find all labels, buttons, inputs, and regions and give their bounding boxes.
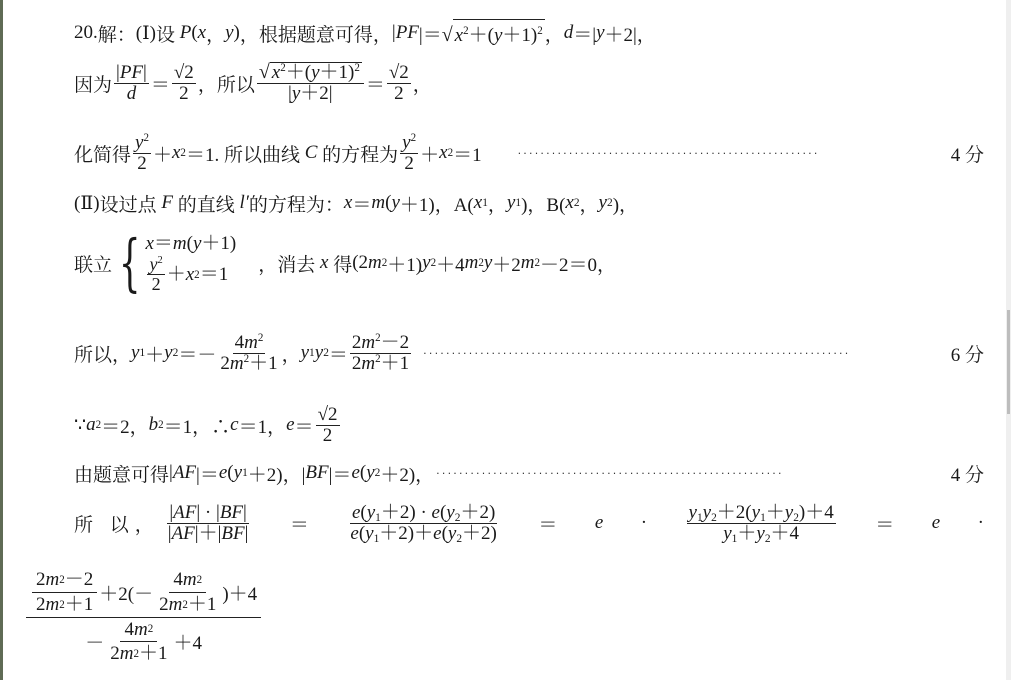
fraction-sqrt2-over-2: √22 bbox=[387, 63, 411, 104]
system-eq2: y22＋x2＝1 bbox=[145, 255, 236, 294]
point-f: F bbox=[161, 192, 173, 214]
solution-document: 20. 解： (Ⅰ) 设 P(x，y)，根据题意可得，|PF|＝√x2＋(y＋1… bbox=[0, 0, 1000, 680]
text-quxian: . 所以曲线 bbox=[214, 140, 300, 167]
score-4-points: 4 分 bbox=[951, 140, 984, 167]
vertical-scrollbar-thumb[interactable] bbox=[1007, 310, 1010, 414]
text-yinwei: 因为 bbox=[74, 70, 112, 97]
system-eq1: x＝m(y＋1) bbox=[145, 232, 236, 256]
fraction-sqrt2-over-2: √22 bbox=[172, 63, 196, 104]
part2-line1: (Ⅱ) 设过点 F 的直线 l′的方程为：x＝m(y＋1)，A(x1，y1)，B… bbox=[74, 190, 638, 216]
fraction-product: 2m2－22m2＋1 bbox=[350, 333, 411, 374]
part1-label: (Ⅰ) bbox=[136, 22, 156, 45]
solution-label: 解： bbox=[98, 20, 136, 47]
fraction-e-terms: e(y1＋2) · e(y2＋2)e(y1＋2)＋e(y2＋2) bbox=[348, 503, 498, 544]
text-de: 得 bbox=[333, 250, 352, 277]
leader-dots: ········································… bbox=[423, 347, 848, 360]
leader-dots: ········································… bbox=[436, 467, 782, 480]
part2-line6: 所 以， |AF| · |BF||AF|＋|BF| ＝ e(y1＋2) · e(… bbox=[74, 498, 984, 548]
part1-line3: 化简得 y22＋x2＝1. 所以曲线 C 的方程为 y22＋x2＝1 ·····… bbox=[74, 128, 984, 178]
part2-line2: 联立 { x＝m(y＋1) y22＋x2＝1 ，消去 x 得(2m2＋1)y2＋… bbox=[74, 226, 616, 300]
fraction-y2-over-2: y22 bbox=[133, 133, 151, 174]
fraction-y-terms: y1y2＋2(y1＋y2)＋4y1＋y2＋4 bbox=[687, 503, 836, 544]
text-suoyi: ，所以 bbox=[198, 70, 255, 97]
left-brace-icon: { bbox=[119, 232, 141, 294]
compound-fraction: 2m2－22m2＋1＋2(－4m22m2＋1)＋4 －4m22m2＋1＋4 bbox=[26, 570, 261, 665]
fraction-eccentricity: √22 bbox=[316, 405, 340, 446]
text-xiaoqu: ，消去 bbox=[258, 250, 315, 277]
line-lprime: l′ bbox=[239, 192, 248, 214]
text-lianli: 联立 bbox=[74, 250, 112, 277]
part2-line7: 2m2－22m2＋1＋2(－4m22m2＋1)＋4 －4m22m2＋1＋4 bbox=[26, 562, 261, 672]
part2-label: (Ⅱ) bbox=[74, 192, 100, 215]
var-x: x bbox=[320, 252, 328, 274]
fraction-y2-over-2: y22 bbox=[400, 133, 418, 174]
text-suoyi-spaced: 所 以， bbox=[74, 510, 160, 537]
equation-system: { x＝m(y＋1) y22＋x2＝1 bbox=[112, 232, 236, 295]
problem-number: 20. bbox=[74, 22, 98, 44]
part2-line5: 由题意可得|AF|＝e(y1＋2)，|BF|＝e(y2＋2)， ········… bbox=[74, 460, 984, 486]
text-she: 设 bbox=[156, 20, 175, 47]
part2-line3: 所以，y1＋y2＝－4m22m2＋1，y1y2＝2m2－22m2＋1 ·····… bbox=[74, 328, 984, 378]
text-fangcheng: 的方程为 bbox=[322, 140, 398, 167]
text-youtiyi: 由题意可得 bbox=[74, 460, 169, 487]
fraction-af-bf: |AF| · |BF||AF|＋|BF| bbox=[166, 503, 251, 544]
text-fangchengwei: 的方程为： bbox=[249, 190, 344, 217]
text-genju: ，根据题意可得， bbox=[240, 20, 392, 47]
curve-name: C bbox=[305, 142, 318, 164]
text-zhixian: 的直线 bbox=[178, 190, 235, 217]
leader-dots: ········································… bbox=[518, 147, 818, 160]
score-4-points: 4 分 bbox=[951, 460, 984, 487]
fraction-pf-over-d: |PF|d bbox=[114, 63, 149, 104]
sqrt-expression: √x2＋(y＋1)2 bbox=[442, 19, 545, 47]
score-6-points: 6 分 bbox=[951, 340, 984, 367]
part1-line2: 因为 |PF|d＝√22，所以 √x2＋(y＋1)2|y＋2|＝√22， bbox=[74, 58, 432, 108]
part2-line4: ∵a2＝2，b2＝1，∴c＝1，e＝√22 bbox=[74, 400, 342, 450]
text-guodian: 设过点 bbox=[100, 190, 157, 217]
part1-line1: 20. 解： (Ⅰ) 设 P(x，y)，根据题意可得，|PF|＝√x2＋(y＋1… bbox=[74, 20, 656, 46]
fraction-sum: 4m22m2＋1 bbox=[218, 333, 279, 374]
text-suoyi: 所以， bbox=[74, 340, 131, 367]
text-huajiande: 化简得 bbox=[74, 140, 131, 167]
fraction-distance-ratio: √x2＋(y＋1)2|y＋2| bbox=[257, 62, 364, 104]
